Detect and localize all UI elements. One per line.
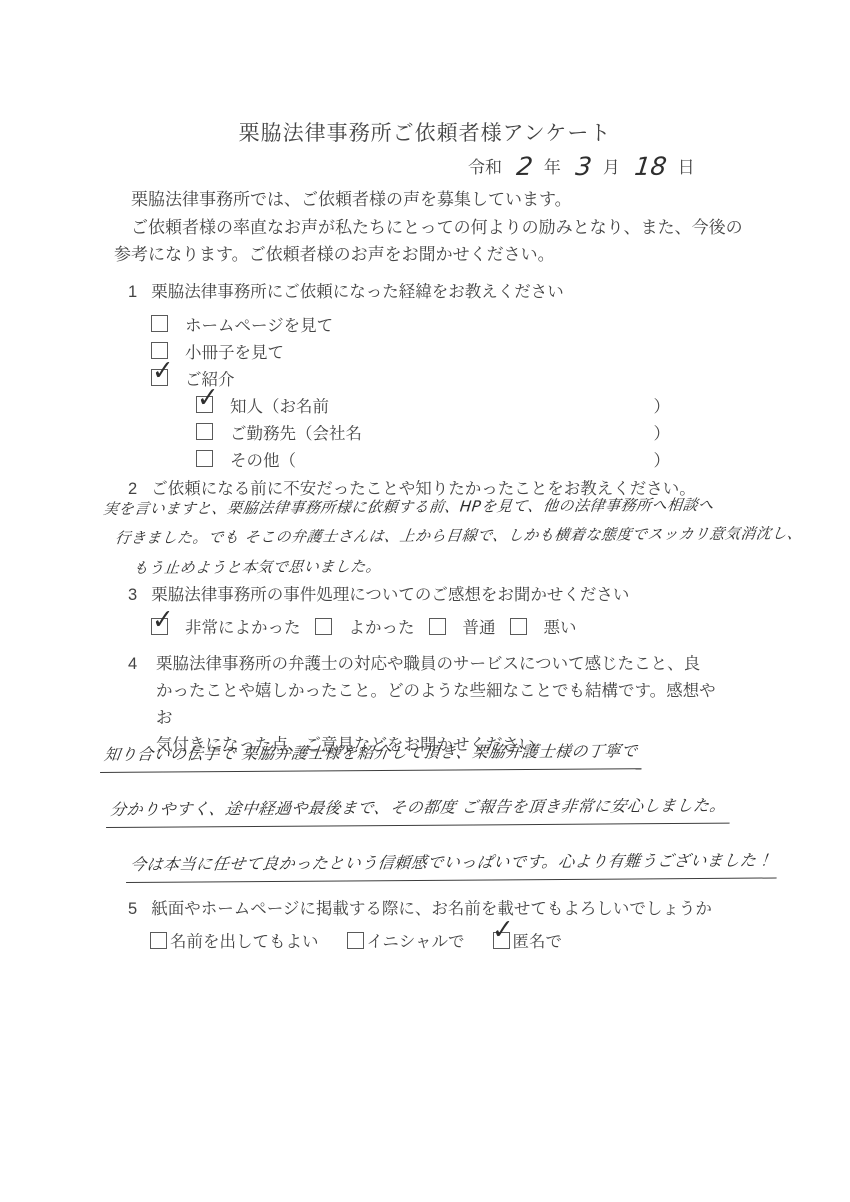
question-1-number: 1	[128, 281, 137, 303]
q1-sub-option-other-label: その他（	[230, 447, 296, 471]
q5-checkbox-anonymous[interactable]: ✓	[493, 932, 510, 949]
q3-option-bad-label: 悪い	[544, 614, 577, 638]
q5-option-initials-label: イニシャルで	[367, 928, 465, 952]
q1-option-referral[interactable]: ✓ ご紹介	[151, 364, 670, 391]
q3-option-bad[interactable]: 悪い	[510, 614, 577, 638]
q3-option-average-label: 普通	[463, 614, 496, 638]
q2-answer-line-2: 行きました。でも そこの弁護士さんは、上から目線で、しかも横着な態度でスッカリ意…	[114, 522, 804, 548]
q5-option-real-name[interactable]: 名前を出してもよい	[150, 928, 319, 952]
intro-line-2: ご依頼者様の率直なお声が私たちにとっての何よりの励みとなり、また、今後の	[114, 214, 754, 242]
date-month-value: 3	[574, 152, 593, 181]
q2-answer-line-1: 実を言いますと、栗脇法律事務所様に依頼する前、HPを見て、他の法律事務所へ相談へ	[102, 494, 715, 519]
q1-sub-option-workplace-label: ご勤務先（会社名	[230, 420, 362, 444]
date-day-label: 日	[678, 153, 695, 178]
question-5-number: 5	[128, 898, 137, 920]
question-2-number: 2	[128, 478, 137, 500]
intro-line-1: 栗脇法律事務所では、ご依頼者様の声を募集しています。	[114, 186, 754, 214]
q1-sub-option-workplace[interactable]: ご勤務先（会社名 ）	[196, 418, 670, 445]
question-4-text-line-2: かったことや嬉しかったこと。どのような些細なことでも結構です。感想やお	[156, 678, 721, 732]
question-1-sub-options: ✓ 知人（お名前 ） ご勤務先（会社名 ） その他（ ）	[196, 391, 670, 472]
q2-answer-line-3: もう止めようと本気で思いました。	[132, 555, 383, 578]
question-1-options: ホームページを見て 小冊子を見て ✓ ご紹介 ✓ 知人（お名前 ） ご勤務先（会…	[151, 310, 670, 472]
q4-answer-line-2: 分かりやすく、途中経過や最後まで、その都度 ご報告を頂き非常に安心しました。	[106, 793, 734, 828]
q1-option-homepage-label: ホームページを見て	[185, 312, 333, 336]
q3-option-excellent[interactable]: ✓ 非常によかった	[151, 614, 301, 638]
q1-sub-option-other[interactable]: その他（ ）	[196, 445, 670, 472]
survey-page: 栗脇法律事務所ご依頼者様アンケート 令和 2 年 3 月 18 日 栗脇法律事務…	[0, 0, 850, 1202]
date-era-label: 令和	[468, 153, 502, 178]
survey-title: 栗脇法律事務所ご依頼者様アンケート	[0, 117, 850, 147]
q1-option-referral-label: ご紹介	[185, 366, 235, 390]
q4-answer-line-3: 今は本当に任せて良かったという信頼感でいっぱいです。心より有難うございました！	[126, 847, 780, 883]
date-year-value: 2	[515, 152, 534, 181]
date-year-label: 年	[544, 153, 561, 178]
q5-checkbox-real-name[interactable]	[150, 932, 167, 949]
q1-checkbox-booklet[interactable]	[151, 342, 168, 359]
q1-option-booklet-label: 小冊子を見て	[185, 339, 284, 363]
question-4-number: 4	[128, 651, 137, 678]
intro-paragraph: 栗脇法律事務所では、ご依頼者様の声を募集しています。 ご依頼者様の率直なお声が私…	[114, 186, 754, 269]
question-4: 4 栗脇法律事務所の弁護士の対応や職員のサービスについて感じたこと、良 かったこ…	[128, 651, 721, 759]
q3-option-average[interactable]: 普通	[429, 614, 496, 638]
q3-option-good-label: よかった	[349, 614, 415, 638]
question-3: 3 栗脇法律事務所の事件処理についてのご感想をお聞かせください ✓ 非常によかっ…	[128, 584, 629, 638]
q3-checkbox-bad[interactable]	[510, 618, 527, 635]
q1-checkbox-workplace[interactable]	[196, 423, 213, 440]
question-1-text: 栗脇法律事務所にご依頼になった経緯をお教えください	[151, 281, 564, 303]
check-mark-icon: ✓	[152, 604, 174, 632]
q1-sub-option-acquaintance-label: 知人（お名前	[230, 393, 329, 417]
q1-checkbox-homepage[interactable]	[151, 315, 168, 332]
q1-checkbox-acquaintance[interactable]: ✓	[196, 396, 213, 413]
q5-option-anonymous[interactable]: ✓ 匿名で	[493, 928, 563, 952]
question-3-text: 栗脇法律事務所の事件処理についてのご感想をお聞かせください	[151, 584, 629, 606]
date-line: 令和 2 年 3 月 18 日	[468, 150, 695, 179]
q1-checkbox-referral[interactable]: ✓	[151, 369, 168, 386]
q3-option-excellent-label: 非常によかった	[185, 614, 301, 638]
question-5: 5 紙面やホームページに掲載する際に、お名前を載せてもよろしいでしょうか 名前を…	[128, 898, 712, 952]
question-5-options: 名前を出してもよい イニシャルで ✓ 匿名で	[150, 928, 712, 952]
q3-checkbox-average[interactable]	[429, 618, 446, 635]
q5-option-anonymous-label: 匿名で	[513, 928, 563, 952]
question-1-heading: 1 栗脇法律事務所にご依頼になった経緯をお教えください	[128, 281, 670, 303]
question-1: 1 栗脇法律事務所にご依頼になった経緯をお教えください ホームページを見て 小冊…	[128, 281, 670, 472]
q1-sub-option-acquaintance[interactable]: ✓ 知人（お名前 ）	[196, 391, 670, 418]
question-3-number: 3	[128, 584, 137, 606]
q3-option-good[interactable]: よかった	[315, 614, 415, 638]
q5-option-initials[interactable]: イニシャルで	[347, 928, 465, 952]
date-day-value: 18	[633, 152, 668, 181]
question-4-text-line-1: 栗脇法律事務所の弁護士の対応や職員のサービスについて感じたこと、良	[156, 651, 721, 678]
question-5-text: 紙面やホームページに掲載する際に、お名前を載せてもよろしいでしょうか	[151, 898, 712, 920]
q5-checkbox-initials[interactable]	[347, 932, 364, 949]
fill-in-close-paren: ）	[654, 447, 671, 471]
intro-line-3: 参考になります。ご依頼者様のお声をお聞かせください。	[114, 241, 754, 269]
q4-answer-line-1: 知り合いの伝手で 栗脇弁護士様を紹介して頂き、栗脇弁護士様の丁寧で	[100, 738, 645, 773]
date-month-label: 月	[603, 153, 620, 178]
q1-option-homepage[interactable]: ホームページを見て	[151, 310, 670, 337]
question-3-heading: 3 栗脇法律事務所の事件処理についてのご感想をお聞かせください	[128, 584, 629, 606]
question-5-heading: 5 紙面やホームページに掲載する際に、お名前を載せてもよろしいでしょうか	[128, 898, 712, 920]
fill-in-close-paren: ）	[654, 420, 671, 444]
q5-option-real-name-label: 名前を出してもよい	[170, 928, 319, 952]
q3-checkbox-good[interactable]	[315, 618, 332, 635]
q3-checkbox-excellent[interactable]: ✓	[151, 618, 168, 635]
q1-checkbox-other[interactable]	[196, 450, 213, 467]
fill-in-close-paren: ）	[654, 393, 671, 417]
q1-option-booklet[interactable]: 小冊子を見て	[151, 337, 670, 364]
question-3-options: ✓ 非常によかった よかった 普通 悪い	[151, 614, 629, 638]
question-2: 2 ご依頼になる前に不安だったことや知りたかったことをお教えください。 実を言い…	[128, 478, 696, 500]
